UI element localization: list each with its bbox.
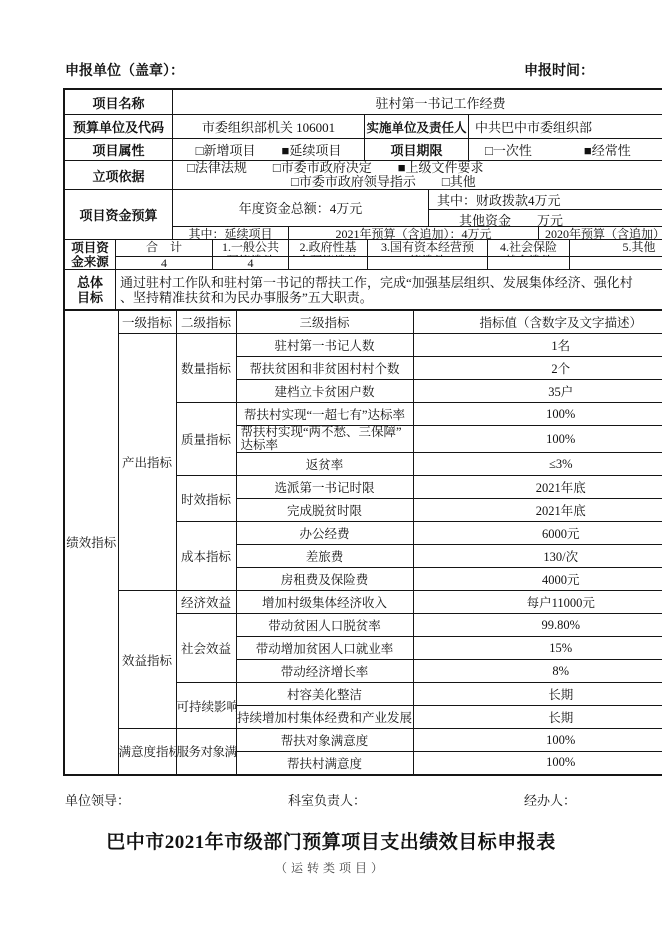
level2-social: 社会效益 [176,614,236,683]
funding-source-value: 4 [116,257,212,269]
level2-header: 二级指标 [176,311,236,334]
indicator-value: 每户11000元 [413,591,662,614]
indicator-value: 99.80% [413,614,662,637]
indicator-name-line2: 达标率 [237,439,413,452]
level1-output: 产出指标 [118,334,176,591]
budget-row: 项目资金预算 年度资金总额：4万元 其中：财政拨款4万元 其他资金 万元 其中：… [65,189,662,239]
level1-satisfaction: 满意度指标 [118,729,176,775]
source-header-text: 5.其他 [570,240,662,254]
indicator-name: 增加村级集体经济收入 [236,591,413,614]
funding-source-header: 2.政府性基 金预算拨款 [288,240,367,256]
level3-header: 三级指标 [236,311,413,334]
indicator-name: 选派第一书记时限 [236,476,413,499]
signature-line: 单位领导： 科室负责人： 经办人： [65,790,576,809]
indicator-value: 4000元 [413,568,662,591]
top-line: 申报单位（盖章）： 申报时间： [0,0,662,88]
level2-timeliness: 时效指标 [176,476,236,522]
indicator-name: 房租费及保险费 [236,568,413,591]
budget-unit-value: 市委组织部机关 106001 [172,115,364,138]
impl-unit-value: 中共巴中市委组织部 [468,115,662,138]
indicator-value: 2021年底 [413,476,662,499]
funding-source-values: 4 4 [116,256,662,269]
handler-label: 经办人： [524,790,576,809]
indicator-name: 村容美化整洁 [236,683,413,706]
indicator-value: 长期 [413,683,662,706]
indicator-name: 建档立卡贫困户数 [236,380,413,403]
level2-cost: 成本指标 [176,522,236,591]
page-title: 巴中市2021年市级部门预算项目支出绩效目标申报表 [0,827,662,854]
funds-split: 其中：财政拨款4万元 其他资金 万元 [428,190,662,226]
declare-time-label: 申报时间： [524,60,594,80]
overall-goal-label-line1: 总体 [65,275,115,290]
indicator-name: 带动增加贫困人口就业率 [236,637,413,660]
source-header-text: 1.一般公共 [213,240,288,254]
funding-source-value: 4 [212,257,288,269]
indicator-value: 1名 [413,334,662,357]
funding-source-header: 4.社会保险 基金拨款 [487,240,569,256]
annual-total: 年度资金总额：4万元 [173,190,428,226]
indicator-value: ≤3% [413,453,662,476]
basis-options-line2: □市委市政府领导指示 □其他 [187,175,476,189]
project-attr-options: □新增项目 ■延续项目 [172,139,364,160]
indicator-name: 帮扶对象满意度 [236,729,413,752]
performance-indicator-label: 绩效指标 [64,311,118,775]
source-header-text: 2.政府性基 [289,240,367,254]
basis-options: □法律法规 □市委市政府决定 ■上级文件要求 □市委市政府领导指示 □其他 [172,161,662,189]
budget-detail: 年度资金总额：4万元 其中：财政拨款4万元 其他资金 万元 其中：延续项目 20… [172,190,662,239]
project-name-value: 驻村第一书记工作经费 [172,90,662,114]
overall-goal-label: 总体 目标 [65,270,115,309]
funding-source-value [367,257,487,269]
level2-service-satisfaction: 服务对象满意度 [176,729,236,775]
basis-label: 立项依据 [65,161,172,189]
budget-detail-subrow: 其中：延续项目 2021年预算（含追加）：4万元 2020年预算（含追加） [173,226,662,240]
indicator-name: 驻村第一书记人数 [236,334,413,357]
level2-quality: 质量指标 [176,403,236,476]
overall-goal-line2: 、坚持精准扶贫和为民办事服务”五大职责。 [120,290,373,305]
source-header-text: 4.社会保险 [488,240,569,254]
project-name-row: 项目名称 驻村第一书记工作经费 [65,90,662,114]
funding-source-header: 合 计 [116,240,212,256]
funding-source-label-line1: 项目资 [65,241,115,255]
declare-unit-label: 申报单位（盖章）： [65,60,184,80]
indicator-value: 15% [413,637,662,660]
section-chief-label: 科室负责人： [288,790,366,809]
indicator-name: 完成脱贫时限 [236,499,413,522]
funding-source-header: 1.一般公共 预算拨款 [212,240,288,256]
indicator-name: 帮扶村实现“两不愁、三保障” 达标率 [236,426,413,453]
basis-options-line1: □法律法规 □市委市政府决定 ■上级文件要求 [187,161,484,175]
budget-unit-label: 预算单位及代码 [65,115,172,138]
indicator-name: 带动贫困人口脱贫率 [236,614,413,637]
basis-row: 立项依据 □法律法规 □市委市政府决定 ■上级文件要求 □市委市政府领导指示 □… [65,160,662,189]
budget-detail-top: 年度资金总额：4万元 其中：财政拨款4万元 其他资金 万元 [173,190,662,226]
indicator-name: 办公经费 [236,522,413,545]
performance-indicators-table: 绩效指标 一级指标 二级指标 三级指标 指标值（含数字及文字描述） 产出指标 数… [63,310,662,776]
continue-label: 其中：延续项目 [173,227,288,240]
budget-unit-row: 预算单位及代码 市委组织部机关 106001 实施单位及责任人 中共巴中市委组织… [65,114,662,138]
indicator-name: 帮扶贫困和非贫困村村个数 [236,357,413,380]
project-attr-label: 项目属性 [65,139,172,160]
source-header-text: 3.国有资本经营预 [368,240,487,254]
indicator-header-row: 绩效指标 一级指标 二级指标 三级指标 指标值（含数字及文字描述） [64,311,662,334]
funding-source-label: 项目资 金来源 [65,240,115,269]
indicator-value: 100% [413,403,662,426]
level1-benefit: 效益指标 [118,591,176,729]
indicator-name: 差旅费 [236,545,413,568]
indicator-name: 持续增加村集体经费和产业发展 [236,706,413,729]
funding-source-value [487,257,569,269]
level2-quantity: 数量指标 [176,334,236,403]
funding-source-headers: 合 计 1.一般公共 预算拨款 2.政府性基 金预算拨款 3.国有资本经营 [116,240,662,256]
indicator-value: 130/次 [413,545,662,568]
unit-leader-label: 单位领导： [65,790,130,809]
indicator-value: 100% [413,752,662,775]
page-subtitle: （运转类项目） [0,859,662,876]
indicator-value: 长期 [413,706,662,729]
indicator-name: 帮扶村实现“一超七有”达标率 [236,403,413,426]
indicator-value: 2个 [413,357,662,380]
funding-source-header: 3.国有资本经营预 算拨款 [367,240,487,256]
funding-source-row: 项目资 金来源 合 计 1.一般公共 预算拨款 2 [65,239,662,269]
level1-header: 一级指标 [118,311,176,334]
funding-source-header: 5.其他 [569,240,662,256]
project-attr-row: 项目属性 □新增项目 ■延续项目 项目期限 □一次性 ■经常性 [65,138,662,160]
indicator-name: 带动经济增长率 [236,660,413,683]
project-period-label: 项目期限 [364,139,468,160]
table-clip-area: 项目名称 驻村第一书记工作经费 预算单位及代码 市委组织部机关 106001 实… [0,88,662,776]
indicator-value: 100% [413,729,662,752]
overall-goal-row: 总体 目标 通过驻村工作队和驻村第一书记的帮扶工作，完成“加强基层组织、发展集体… [65,269,662,309]
funding-source-value [288,257,367,269]
indicator-row: 产出指标 数量指标 驻村第一书记人数 1名 [64,334,662,357]
fiscal-funds: 其中：财政拨款4万元 [429,190,662,209]
budget-2021: 2021年预算（含追加）：4万元 [288,227,538,240]
overall-goal-label-line2: 目标 [65,290,115,305]
source-header-text: 合 计 [116,240,212,254]
form-page: 申报单位（盖章）： 申报时间： 项目名称 驻村第一书记工作经费 预算单位及代码 … [0,0,662,936]
indicator-name: 返贫率 [236,453,413,476]
indicator-row: 满意度指标 服务对象满意度 帮扶对象满意度 100% [64,729,662,752]
level2-economic: 经济效益 [176,591,236,614]
budget-2020: 2020年预算（含追加） [538,227,662,240]
budget-label: 项目资金预算 [65,190,172,239]
overall-goal-line1: 通过驻村工作队和驻村第一书记的帮扶工作，完成“加强基层组织、发展集体经济、强化村 [120,275,633,290]
impl-unit-label: 实施单位及责任人 [364,115,468,138]
project-name-label: 项目名称 [65,90,172,114]
indicator-name: 帮扶村满意度 [236,752,413,775]
indicator-value: 35户 [413,380,662,403]
indicator-value: 100% [413,426,662,453]
value-header: 指标值（含数字及文字描述） [413,311,662,334]
indicator-row: 效益指标 经济效益 增加村级集体经济收入 每户11000元 [64,591,662,614]
indicator-value: 6000元 [413,522,662,545]
indicator-value: 8% [413,660,662,683]
overall-goal-text: 通过驻村工作队和驻村第一书记的帮扶工作，完成“加强基层组织、发展集体经济、强化村… [115,270,662,309]
level2-sustainable: 可持续影响 [176,683,236,729]
funding-source-grid: 合 计 1.一般公共 预算拨款 2.政府性基 金预算拨款 3.国有资本经营 [115,240,662,269]
funding-source-value [569,257,662,269]
project-period-options: □一次性 ■经常性 [468,139,662,160]
indicator-value: 2021年底 [413,499,662,522]
funding-source-label-line2: 金来源 [65,255,115,269]
project-info-table: 项目名称 驻村第一书记工作经费 预算单位及代码 市委组织部机关 106001 实… [63,88,662,310]
